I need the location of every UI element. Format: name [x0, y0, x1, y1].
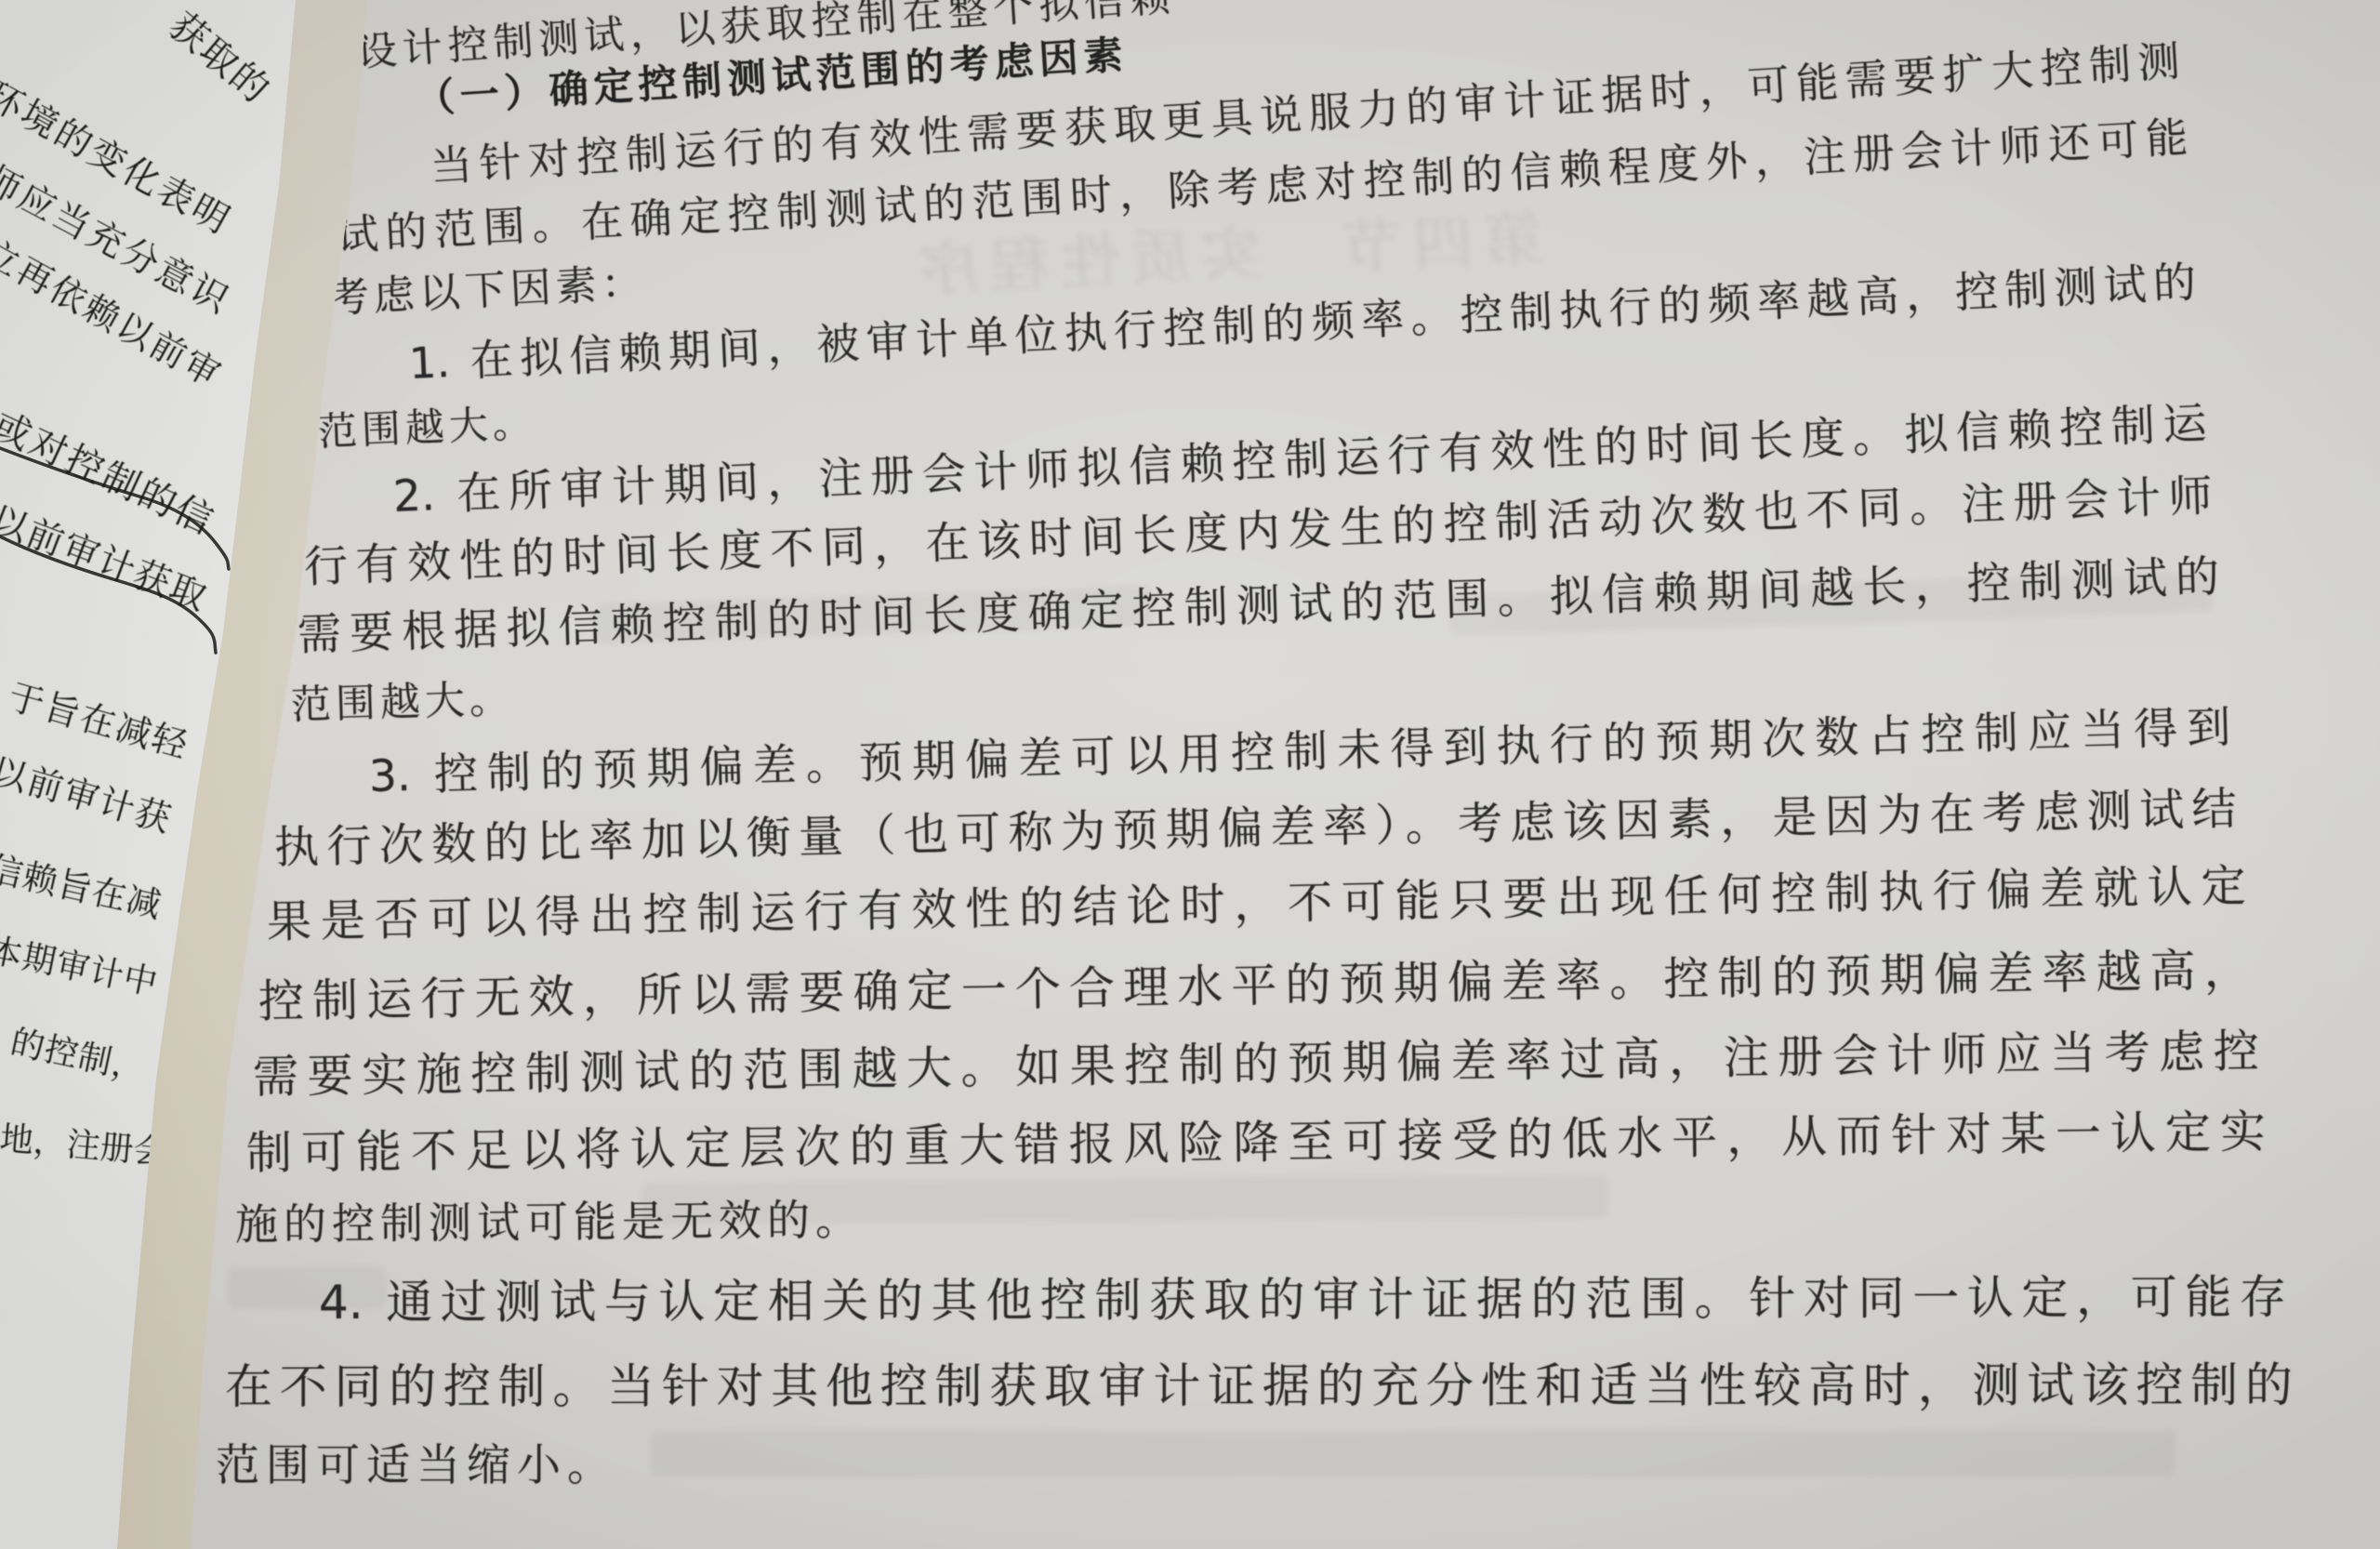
factor-1-line-1: 1. 在拟信赖期间，被审计单位执行控制的频率。控制执行的频率越高，控制测试的: [408, 260, 2197, 385]
factor-4-line-2: 在不同的控制。当针对其他控制获取审计证据的充分性和适当性较高时，测试该控制的: [225, 1362, 2293, 1411]
factor-3-line-6: 制可能不足以将认定层次的重大错报风险降至可接受的低水平，从而针对某一认定实: [246, 1109, 2266, 1176]
factor-3-line-3: 果是否可以得出控制运行有效性的结论时，不可能只要出现任何控制执行偏差就认定: [267, 864, 2247, 945]
pen-stroke-lower: [0, 536, 216, 653]
factor-3-line-2: 执行次数的比率加以衡量（也可称为预期偏差率）。考虑该因素，是因为在考虑测试结: [274, 787, 2238, 870]
open-book-photo: 第四节 实质性程序 设计控制测试，以获取控制在整个拟信赖 （一）确定控制测试范围…: [0, 0, 2380, 1549]
intro-paragraph-line-3: 考虑以下因素：: [327, 263, 648, 320]
right-page: 第四节 实质性程序 设计控制测试，以获取控制在整个拟信赖 （一）确定控制测试范围…: [0, 0, 2380, 1549]
factor-3-line-5: 需要实施控制测试的范围越大。如果控制的预期偏差率过高，注册会计师应当考虑控: [253, 1028, 2259, 1100]
factor-4-line-3: 范围可适当缩小。: [216, 1444, 617, 1488]
factor-1-line-2: 范围越大。: [317, 404, 537, 452]
factor-3-line-4: 控制运行无效，所以需要确定一个合理水平的预期偏差率。控制的预期偏差率越高，: [258, 947, 2251, 1025]
factor-2-line-4: 范围越大。: [290, 680, 514, 726]
factor-3-line-1: 3. 控制的预期偏差。预期偏差可以用控制未得到执行的预期次数占控制应当得到: [368, 706, 2231, 799]
right-page-text: 设计控制测试，以获取控制在整个拟信赖 （一）确定控制测试范围的考虑因素 当针对控…: [0, 0, 2380, 1549]
factor-3-line-7: 施的控制测试可能是无效的。: [235, 1198, 864, 1246]
factor-4-line-1: 4. 通过测试与认定相关的其他控制获取的审计证据的范围。针对同一认定，可能存: [319, 1274, 2286, 1326]
